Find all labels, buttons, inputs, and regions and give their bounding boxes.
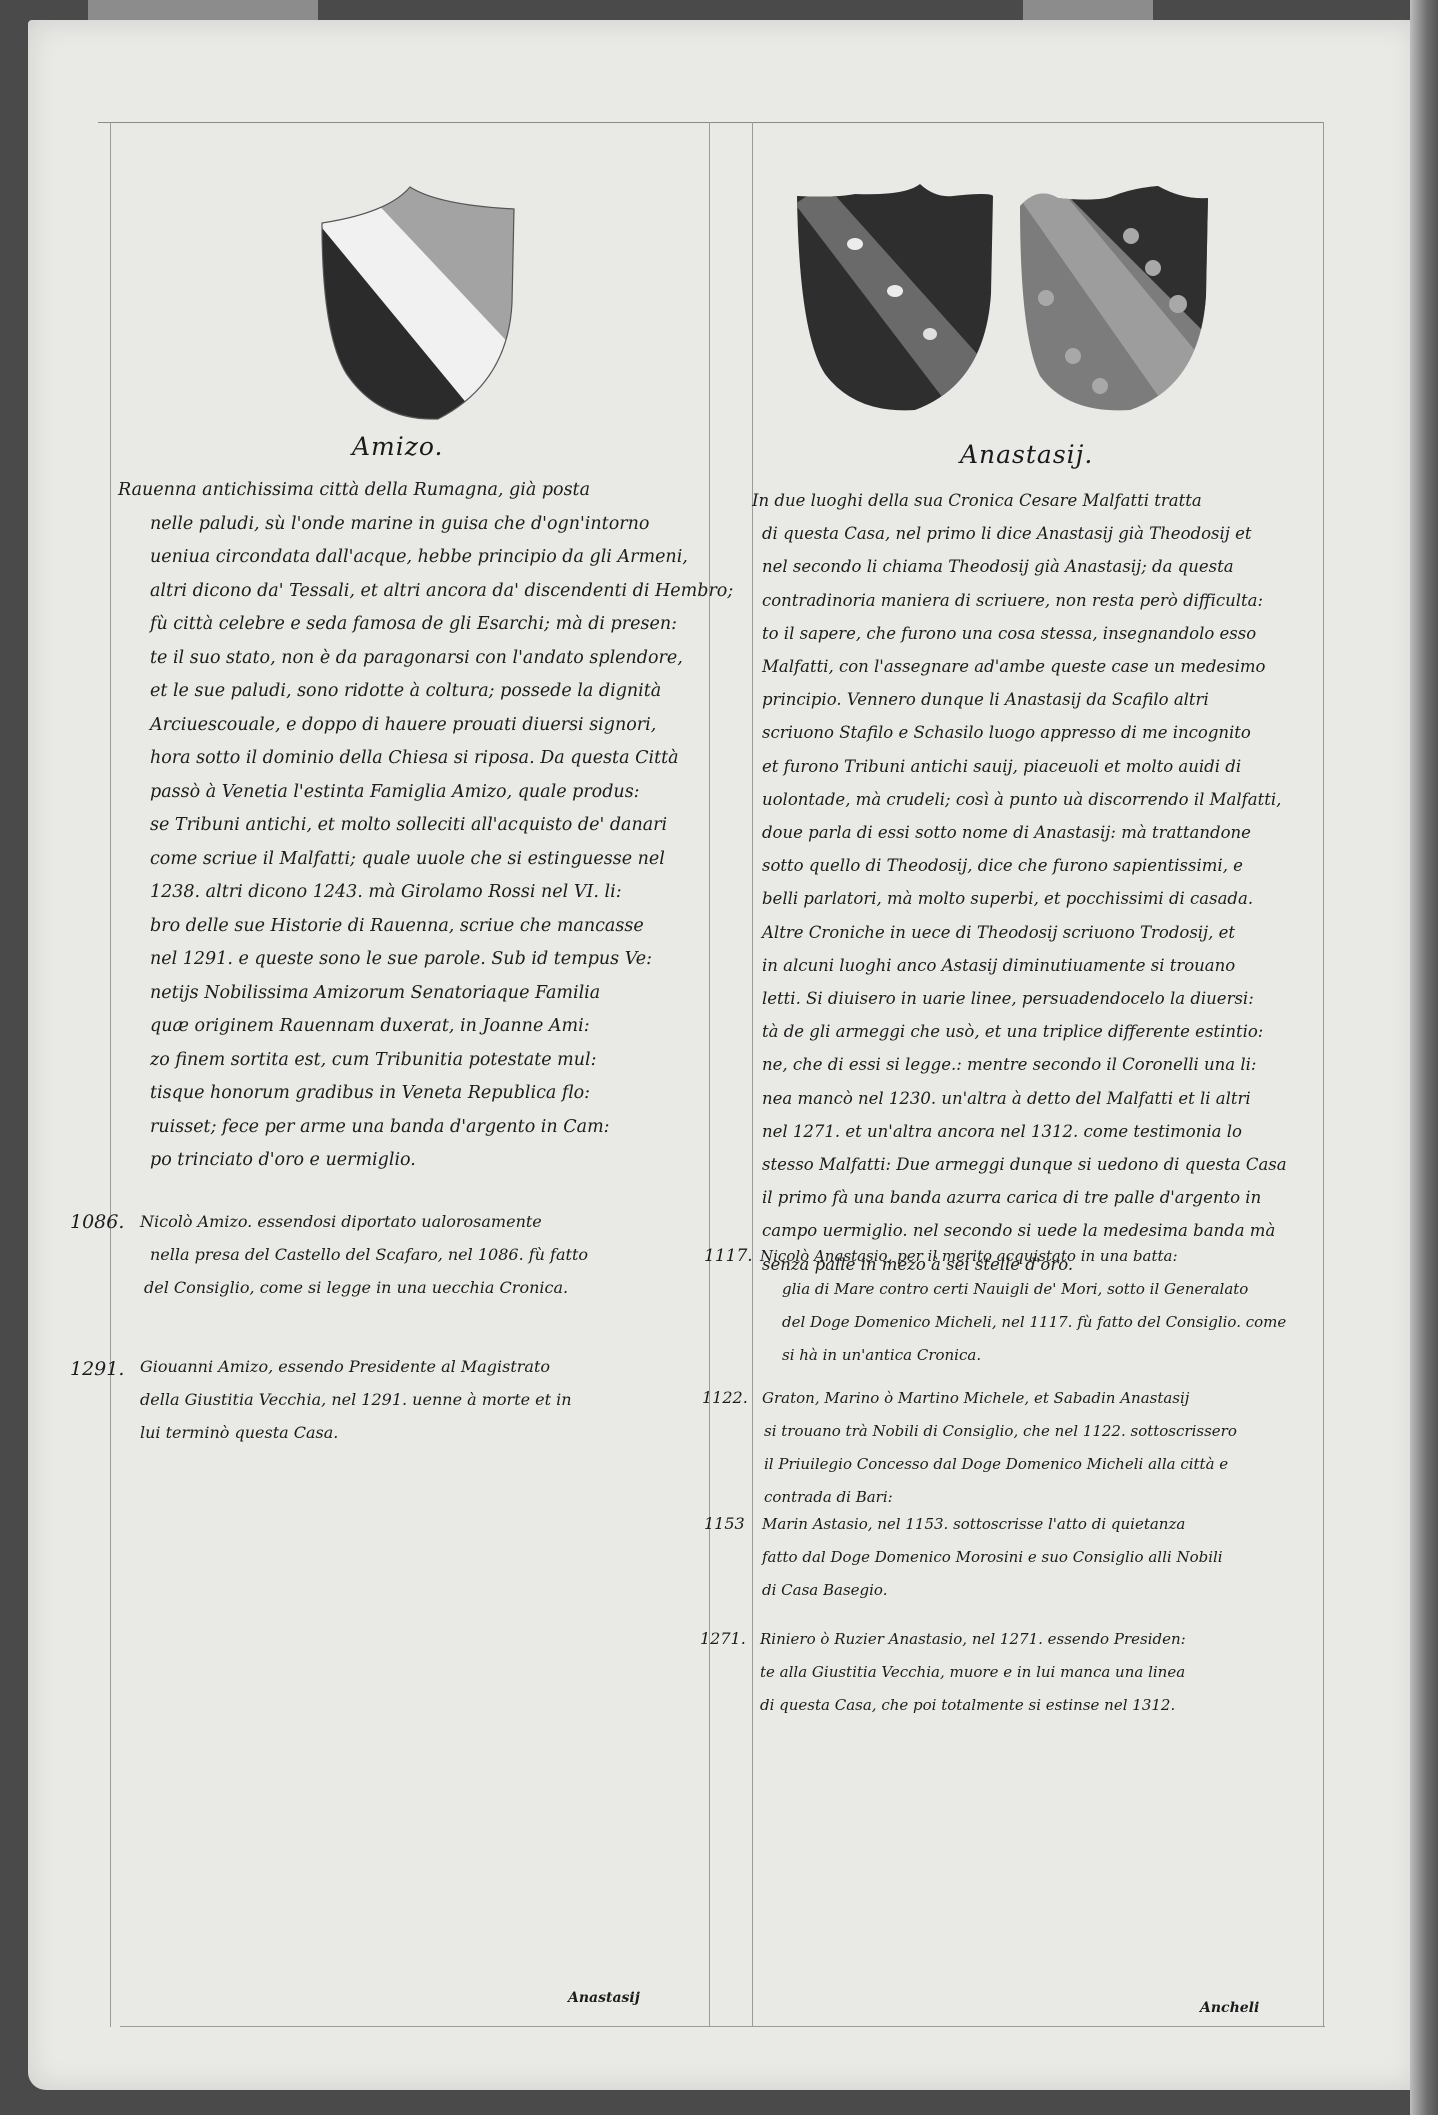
binding-gutter [1410,0,1438,2115]
entry-year: 1153 [704,1514,745,1533]
family-title-anastasij: Anastasij. [960,440,1093,469]
top-page-tab [88,0,318,22]
left-margin-line [110,122,111,2027]
entry-year: 1271. [700,1629,746,1648]
entry-year: 1291. [70,1358,124,1380]
right-margin-line [1323,122,1324,2027]
bottom-ruling-line [120,2026,1325,2027]
entry-year: 1122. [702,1388,748,1407]
amizo-description: Rauenna antichissima città della Rumagna… [118,474,733,1178]
top-page-tab [1023,0,1153,22]
top-ruling-line [98,122,1323,123]
entry-year: 1086. [70,1211,124,1233]
entry-text: Nicolò Amizo. essendosi diportato ualoro… [140,1205,588,1304]
entry-text: Marin Astasio, nel 1153. sottoscrisse l'… [762,1508,1223,1607]
catchword-right: Ancheli [1200,2000,1259,2016]
entry-text: Graton, Marino ò Martino Michele, et Sab… [762,1382,1237,1514]
entry-text: Nicolò Anastasio, per il merito acquista… [760,1240,1286,1372]
coat-of-arms-anastasij-second-icon [1018,186,1218,414]
catchword-left: Anastasij [568,1990,640,2006]
coat-of-arms-anastasij-first-icon [795,184,995,414]
entry-text: Giouanni Amizo, essendo Presidente al Ma… [140,1350,572,1449]
coat-of-arms-amizo-icon [318,183,518,423]
anastasij-description: In due luoghi della sua Cronica Cesare M… [752,484,1287,1281]
entry-text: Riniero ò Ruzier Anastasio, nel 1271. es… [760,1623,1186,1722]
family-title-amizo: Amizo. [352,432,444,461]
entry-year: 1117. [704,1246,753,1266]
